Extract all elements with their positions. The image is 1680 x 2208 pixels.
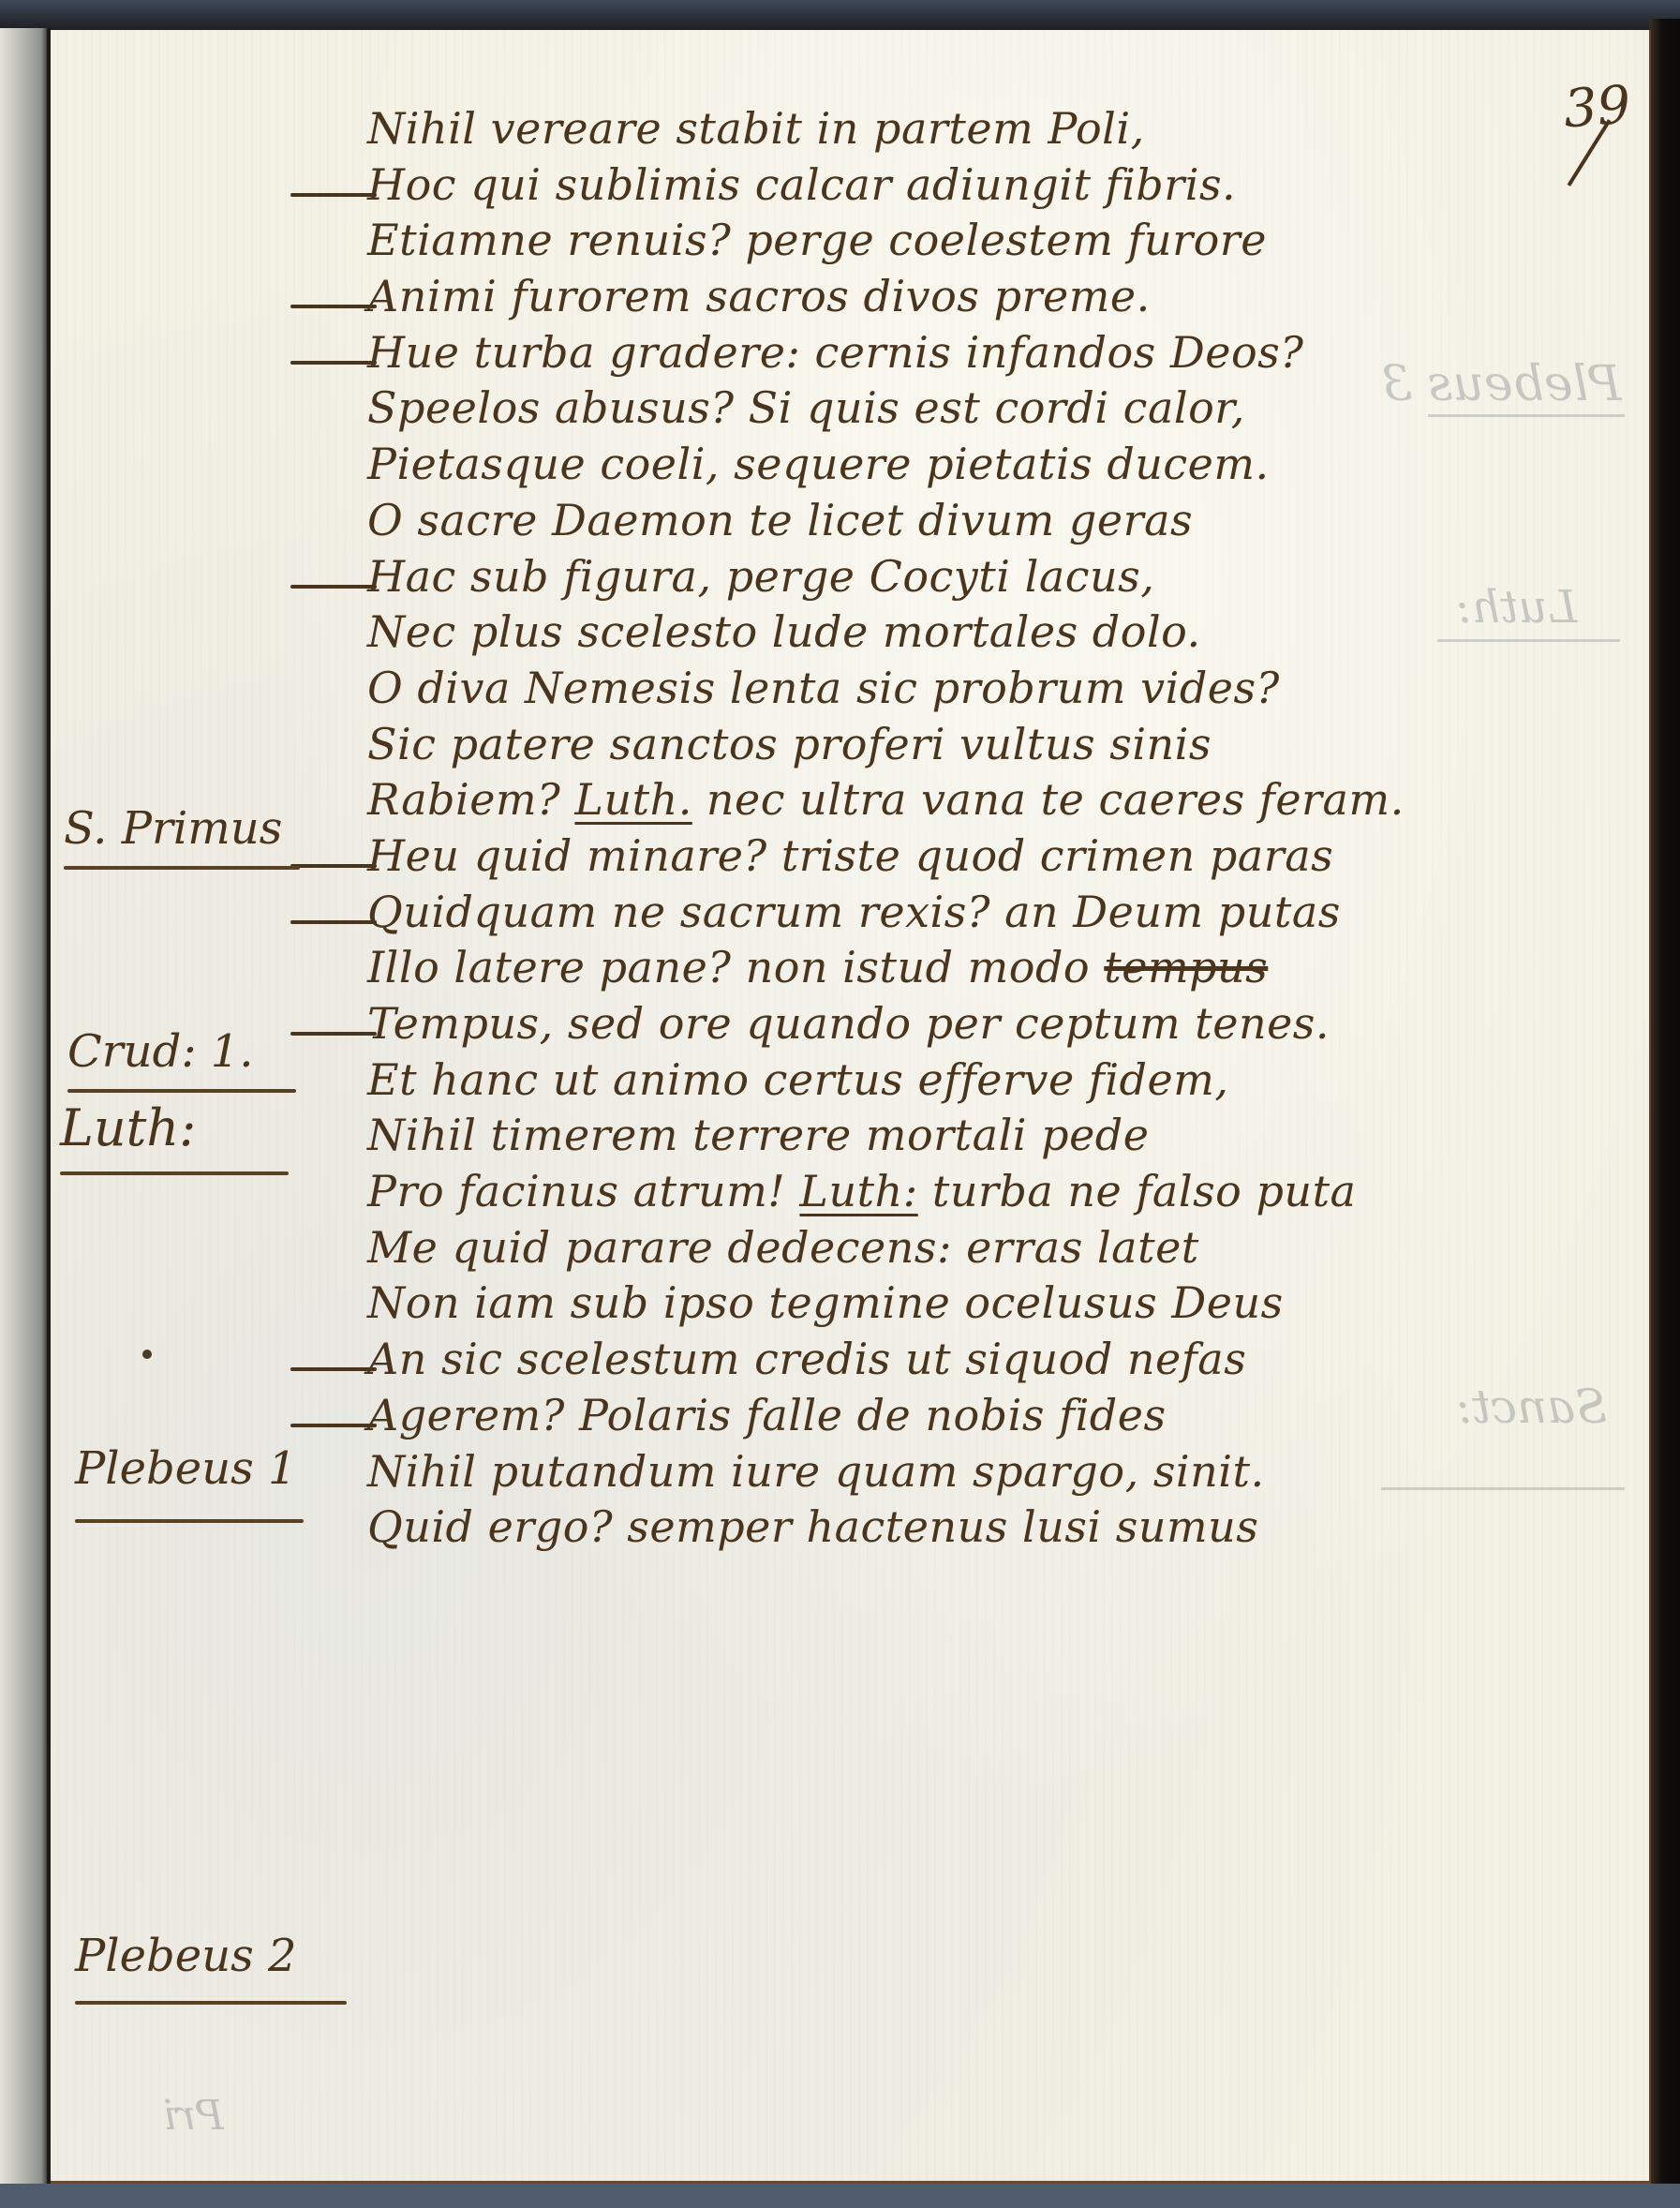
verse-block: Nihil vereare stabit in partem Poli, Hoc… [367, 101, 1492, 1556]
verse-line: Illo latere pane? non istud modo tempus [367, 940, 1492, 996]
verse-line: Quid ergo? semper hactenus lusi sumus [367, 1499, 1492, 1556]
verse-line: Sic patere sanctos proferi vultus sinis [367, 717, 1492, 773]
verse-line: Heu quid minare? triste quod crimen para… [367, 828, 1492, 885]
inline-speaker-luth: Luth. [574, 774, 691, 825]
line-dash-mark [290, 1367, 377, 1371]
verse-line: Nihil timerem terrere mortali pede [367, 1108, 1492, 1164]
page-number: 39 [1562, 75, 1633, 141]
line-dash-mark [290, 585, 377, 589]
speaker-label-luth: Luth: [60, 1100, 196, 1156]
verse-line: Non iam sub ipso tegmine ocelusus Deus [367, 1276, 1492, 1332]
speaker-label-plebeus-2: Plebeus 2 [75, 1928, 297, 1984]
verse-line: Et hanc ut animo certus efferve fidem, [367, 1052, 1492, 1109]
verse-line: Me quid parare dedecens: erras latet [367, 1220, 1492, 1276]
line-dash-mark [290, 864, 377, 868]
struck-word: tempus [1104, 942, 1268, 992]
verse-line: Nihil putandum iure quam spargo, sinit. [367, 1444, 1492, 1500]
verse-line: Etiamne renuis? perge coelestem furore [367, 213, 1492, 269]
manuscript-page: Plebeus 3 Luth: Sanct: Pri 39 Nihil vere… [51, 30, 1651, 2184]
line-dash-mark [290, 193, 377, 197]
bleed-through-catchword: Pri [163, 2092, 224, 2140]
verse-line: O diva Nemesis lenta sic probrum vides? [367, 661, 1492, 717]
verse-line: Nec plus scelesto lude mortales dolo. [367, 604, 1492, 661]
verse-line: Agerem? Polaris falle de nobis fides [367, 1388, 1492, 1444]
verse-line: Hue turba gradere: cernis infandos Deos? [367, 325, 1492, 381]
verse-line: Animi furorem sacros divos preme. [367, 269, 1492, 325]
line-dash-mark [290, 305, 377, 308]
speaker-label-crud: Crud: 1. [67, 1023, 254, 1080]
line-dash-mark [290, 920, 377, 924]
verse-line: Speelos abusus? Si quis est cordi calor, [367, 380, 1492, 437]
speaker-underline [64, 866, 300, 870]
speaker-label-plebeus-1: Plebeus 1 [75, 1440, 297, 1497]
speaker-underline [67, 1089, 296, 1093]
verse-line: O sacre Daemon te licet divum geras [367, 493, 1492, 549]
verse-line: Rabiem? Luth. nec ultra vana te caeres f… [367, 772, 1492, 828]
verse-line: Tempus, sed ore quando per ceptum tenes. [367, 996, 1492, 1052]
inline-speaker-luth: Luth: [799, 1166, 917, 1216]
speaker-underline [75, 2001, 347, 2005]
line-dash-mark [290, 1424, 377, 1427]
verse-line: Quidquam ne sacrum rexis? an Deum putas [367, 885, 1492, 941]
speaker-label-s-primus: S. Primus [64, 800, 282, 857]
speaker-underline [75, 1519, 304, 1523]
speaker-underline [60, 1171, 289, 1175]
verse-line: An sic scelestum credis ut siquod nefas [367, 1332, 1492, 1388]
line-dash-mark [290, 1032, 377, 1036]
line-dash-mark [290, 361, 377, 365]
verse-line: Pro facinus atrum! Luth: turba ne falso … [367, 1164, 1492, 1220]
verse-line: Hoc qui sublimis calcar adiungit fibris. [367, 157, 1492, 214]
top-shadow [0, 0, 1680, 30]
ink-blot [142, 1350, 152, 1359]
verse-line: Hac sub figura, perge Cocyti lacus, [367, 549, 1492, 605]
facing-page-edge [0, 28, 49, 2184]
page-stack-edge [1649, 19, 1680, 2184]
verse-line: Pietasque coeli, sequere pietatis ducem. [367, 437, 1492, 493]
verse-line: Nihil vereare stabit in partem Poli, [367, 101, 1492, 157]
